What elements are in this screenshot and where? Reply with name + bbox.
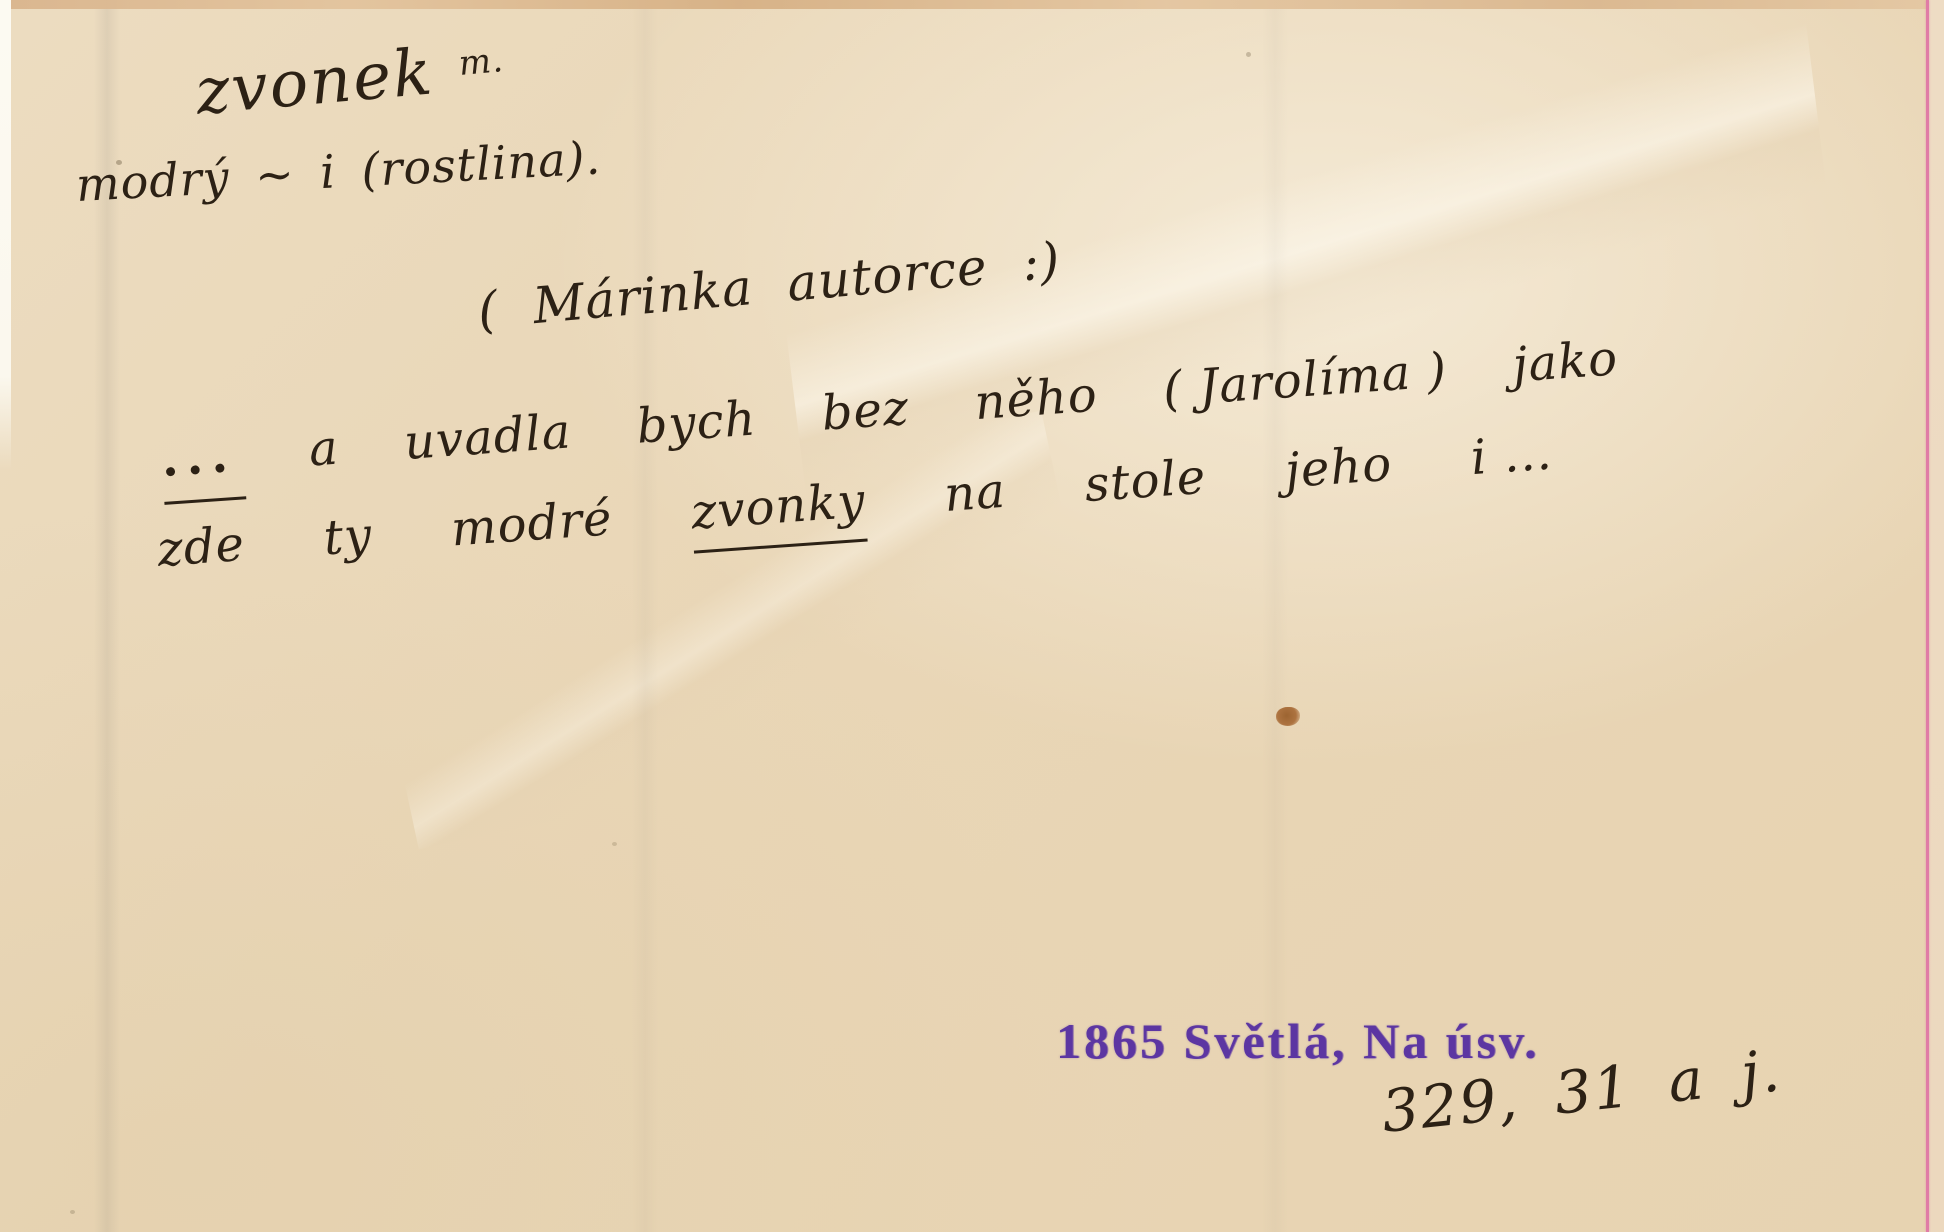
ink-stain [1276,707,1300,726]
margin-ruled-line [1926,0,1929,1232]
quote-word: a [307,420,340,478]
headword-line: zvonekm. [193,29,508,130]
quote-word: jeho [1283,436,1394,499]
quote-word: bez [820,380,911,442]
scan-left-edge [0,0,11,470]
quote-word: bych [635,391,758,455]
card-right-margin [1929,0,1944,1232]
paper-speck [1246,52,1251,57]
underlined-keyword: zvonky [689,473,868,554]
quote-word: stole [1083,449,1208,513]
quote-word: i ... [1469,425,1554,487]
paper-speck [612,842,617,846]
quote-word: uvadla [402,403,573,471]
paper-speck [70,1210,75,1214]
headword: zvonek [193,35,437,129]
scan-top-edge [0,0,1944,9]
fold-line [632,0,658,1232]
quote-word: zde [156,516,247,578]
quote-word: modré [449,490,614,557]
subentry-line: modrý ~ i (rostlina). [75,131,603,212]
gender-abbreviation: m. [457,40,505,84]
source-stamp: 1865 Světlá, Na úsv. [1056,1012,1540,1070]
index-card-scan: zvonekm. modrý ~ i (rostlina). ( Márinka… [0,0,1944,1232]
leading-ellipsis-underlined: ... [159,426,246,505]
quote-word: ty [322,507,374,566]
quote-word: něho [973,367,1100,431]
quote-word: jako [1511,330,1620,393]
quote-word: na [942,463,1007,523]
